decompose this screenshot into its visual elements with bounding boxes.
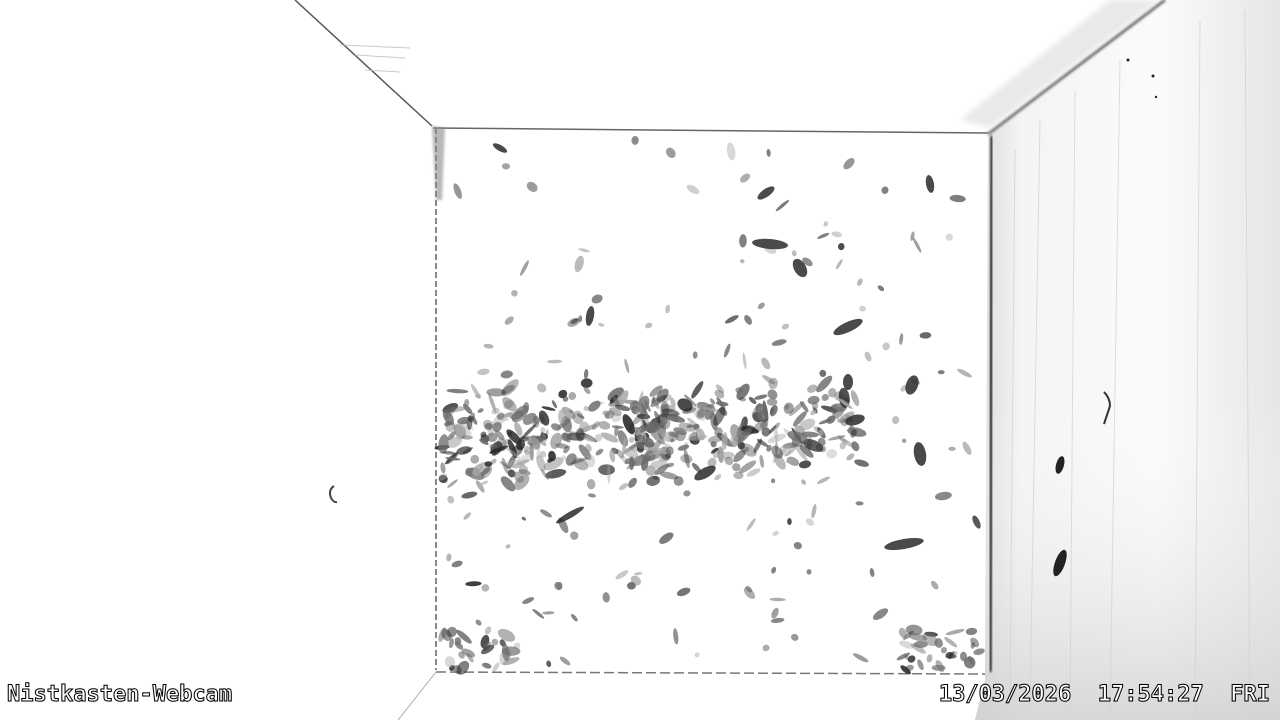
camera-name-overlay: Nistkasten-Webcam	[7, 684, 232, 706]
timestamp-overlay: 13/03/2026 17:54:27 FRI	[939, 684, 1270, 706]
weekday-text: FRI	[1230, 682, 1270, 707]
right-wall	[960, 0, 1280, 720]
date-text: 13/03/2026	[939, 682, 1071, 707]
webcam-frame: Nistkasten-Webcam 13/03/2026 17:54:27 FR…	[0, 0, 1280, 720]
left-diagonal-edge	[295, 0, 432, 126]
time-text: 17:54:27	[1098, 682, 1204, 707]
debris-curl	[330, 486, 337, 502]
nest-box-image	[0, 0, 1280, 720]
nesting-material	[434, 136, 985, 677]
